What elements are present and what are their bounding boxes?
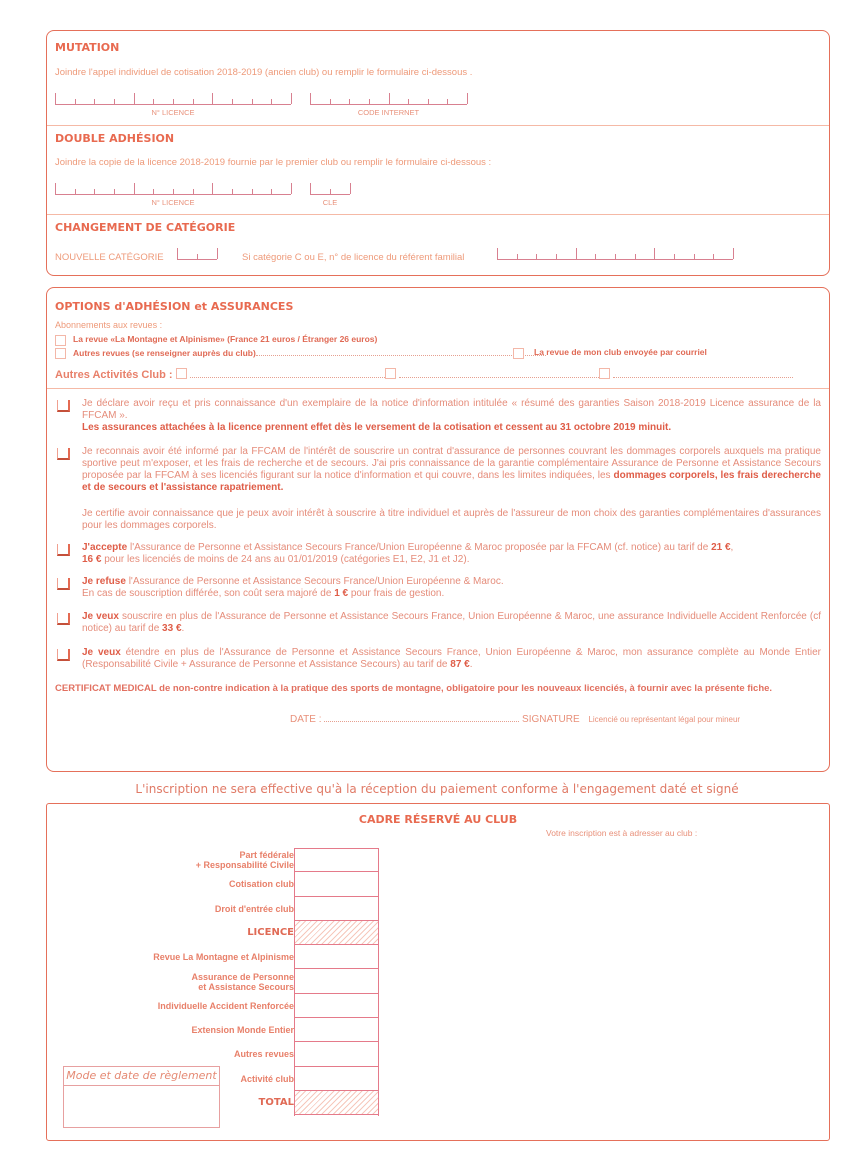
divider (47, 388, 829, 389)
tick-mark (330, 189, 331, 194)
double-adhesion-licence-caption: N° LICENCE (55, 198, 291, 207)
fee-row-label: Revue La Montagne et Alpinisme (153, 952, 294, 962)
fee-amount-cell[interactable] (295, 921, 378, 945)
autres-activites-label: Autres Activités Club : (55, 369, 173, 381)
veux-1-text: Je veux souscrire en plus de l'Assurance… (82, 611, 821, 635)
tick-mark (447, 99, 448, 104)
activite-2-checkbox[interactable] (385, 368, 396, 379)
fee-amount-cell[interactable] (295, 970, 378, 994)
tick-mark (153, 189, 154, 194)
tick-mark (291, 93, 292, 104)
fee-row-label: Assurance de Personne et Assistance Seco… (191, 972, 294, 992)
new-category-field[interactable] (177, 248, 217, 260)
mutation-licence-caption: N° LICENCE (55, 108, 291, 117)
club-title: CADRE RÉSERVÉ AU CLUB (47, 813, 829, 826)
mutation-licence-field[interactable] (55, 93, 291, 105)
veux-1-body: souscrire en plus de l'Assurance de Pers… (82, 611, 821, 634)
referent-label: Si catégorie C ou E, n° de licence du ré… (242, 252, 464, 263)
date-signature-row: DATE : SIGNATURE Licencié ou représentan… (290, 713, 740, 725)
mutation-code-caption: CODE INTERNET (310, 108, 467, 117)
double-adhesion-licence-field[interactable] (55, 183, 291, 195)
refuse-body-2: En cas de souscription différée, son coû… (82, 588, 331, 599)
tick-mark (497, 248, 498, 259)
tick-mark (733, 248, 734, 259)
tick-mark (635, 254, 636, 259)
declaration-1-body: Je déclare avoir reçu et pris connaissan… (82, 398, 821, 421)
tick-mark (428, 99, 429, 104)
accept-price-young: 16 € (82, 554, 101, 565)
options-section: OPTIONS d'ADHÉSION et ASSURANCES Abonnem… (46, 287, 830, 772)
tick-mark (556, 254, 557, 259)
tick-mark (173, 189, 174, 194)
double-adhesion-title: DOUBLE ADHÉSION (55, 132, 174, 145)
declaration-2-text: Je reconnais avoir été informé par la FF… (82, 446, 821, 494)
tick-mark (153, 99, 154, 104)
fee-row-label: Individuelle Accident Renforcée (158, 1001, 294, 1011)
autres-revues-input[interactable] (256, 347, 546, 356)
tick-mark (713, 254, 714, 259)
tick-mark (349, 99, 350, 104)
fee-row-label: Autres revues (234, 1049, 294, 1059)
tick-mark (193, 189, 194, 194)
fee-row-label: Activité club (240, 1074, 294, 1084)
certificat-bold: CERTIFICAT MEDICAL (55, 683, 157, 694)
autres-revues-checkbox[interactable] (55, 348, 66, 359)
fee-row-label: Cotisation club (229, 879, 294, 889)
tick-mark (369, 99, 370, 104)
tick-mark (134, 93, 135, 104)
activite-3-input[interactable] (613, 369, 793, 378)
refuse-bold: Je refuse (82, 576, 126, 587)
tick-mark (389, 93, 390, 104)
activite-2-input[interactable] (399, 369, 599, 378)
new-category-label: NOUVELLE CATÉGORIE (55, 252, 164, 263)
fee-amount-cell[interactable] (295, 1018, 378, 1042)
activite-1-input[interactable] (190, 369, 385, 378)
club-section: CADRE RÉSERVÉ AU CLUB Votre inscription … (46, 803, 830, 1141)
fee-row-label: Extension Monde Entier (191, 1025, 294, 1035)
payment-mode-box[interactable]: Mode et date de règlement (63, 1066, 220, 1128)
tick-mark (350, 183, 351, 194)
tick-mark (212, 183, 213, 194)
veux-1-price: 33 € (162, 623, 181, 634)
certificat-medical-text: CERTIFICAT MEDICAL de non-contre indicat… (55, 683, 821, 695)
subscriptions-label: Abonnements aux revues : (55, 320, 162, 330)
tick-mark (330, 99, 331, 104)
revue-montagne-checkbox[interactable] (55, 335, 66, 346)
accept-checkbox[interactable] (57, 544, 70, 556)
tick-mark (291, 183, 292, 194)
autres-revues-text: Autres revues (se renseigner auprès du c… (73, 348, 256, 358)
referent-licence-field[interactable] (497, 248, 733, 260)
accept-price: 21 € (711, 542, 730, 553)
refuse-body: l'Assurance de Personne et Assistance Se… (129, 576, 504, 587)
tick-mark (75, 99, 76, 104)
autres-activites-row: Autres Activités Club : (55, 368, 825, 381)
tick-mark (232, 189, 233, 194)
club-address-label: Votre inscription est à adresser au club… (546, 828, 697, 838)
tick-mark (94, 99, 95, 104)
refuse-body-3: pour frais de gestion. (351, 588, 444, 599)
veux-2-bold: Je veux (82, 647, 121, 658)
double-adhesion-instruction: Joindre la copie de la licence 2018-2019… (55, 157, 491, 168)
tick-mark (408, 99, 409, 104)
declaration-1-checkbox[interactable] (57, 400, 70, 412)
accept-body: l'Assurance de Personne et Assistance Se… (130, 542, 708, 553)
signature-note: Licencié ou représentant légal pour mine… (588, 715, 740, 724)
declaration-1-bold: Les assurances attachées à la licence pr… (82, 422, 671, 433)
tick-mark (197, 254, 198, 259)
tick-mark (193, 99, 194, 104)
tick-mark (114, 99, 115, 104)
activite-3-checkbox[interactable] (599, 368, 610, 379)
payment-notice: L'inscription ne sera effective qu'à la … (0, 782, 850, 796)
certificat-body: de non-contre indication à la pratique d… (159, 683, 772, 694)
signature-label: SIGNATURE (522, 714, 580, 725)
tick-mark (674, 254, 675, 259)
tick-mark (615, 254, 616, 259)
fee-amount-cell[interactable] (295, 945, 378, 969)
tick-mark (252, 99, 253, 104)
refuse-checkbox[interactable] (57, 578, 70, 590)
fee-amount-cell[interactable] (295, 1067, 378, 1091)
fee-row-label: Part fédérale + Responsabilité Civile (196, 850, 294, 870)
individuelle-accident-checkbox[interactable] (57, 613, 70, 625)
refuse-text: Je refuse l'Assurance de Personne et Ass… (82, 576, 821, 600)
autres-revues-label: Autres revues (se renseigner auprès du c… (73, 347, 546, 358)
activite-1-checkbox[interactable] (176, 368, 187, 379)
changement-categorie-title: CHANGEMENT DE CATÉGORIE (55, 221, 235, 234)
fee-amount-cell[interactable] (295, 872, 378, 896)
tick-mark (134, 183, 135, 194)
veux-2-price: 87 € (450, 659, 469, 670)
double-adhesion-cle-caption: CLE (310, 198, 350, 207)
tick-mark (271, 189, 272, 194)
tick-mark (55, 183, 56, 194)
mutation-title: MUTATION (55, 41, 119, 54)
tick-mark (217, 248, 218, 259)
tick-mark (252, 189, 253, 194)
fee-amount-cell[interactable] (295, 1091, 378, 1115)
tick-mark (310, 93, 311, 104)
certify-text: Je certifie avoir connaissance que je pe… (82, 508, 821, 532)
divider (47, 125, 829, 126)
tick-mark (271, 99, 272, 104)
tick-mark (595, 254, 596, 259)
options-title: OPTIONS d'ADHÉSION et ASSURANCES (55, 300, 293, 313)
fee-row-label: LICENCE (247, 928, 294, 938)
fee-amount-cell[interactable] (295, 897, 378, 921)
tick-mark (55, 93, 56, 104)
declaration-2-checkbox[interactable] (57, 448, 70, 460)
divider (47, 214, 829, 215)
revue-club-label: La revue de mon club envoyée par courrie… (534, 347, 707, 357)
tick-mark (212, 93, 213, 104)
tick-mark (94, 189, 95, 194)
fee-amount-cell[interactable] (295, 1042, 378, 1066)
fee-row-label: TOTAL (259, 1098, 294, 1108)
tick-mark (517, 254, 518, 259)
tick-mark (177, 248, 178, 259)
accept-text: J'accepte l'Assurance de Personne et Ass… (82, 542, 821, 566)
tick-mark (654, 248, 655, 259)
membership-changes-section: MUTATION Joindre l'appel individuel de c… (46, 30, 830, 276)
monde-entier-checkbox[interactable] (57, 649, 70, 661)
accept-bold: J'accepte (82, 542, 127, 553)
date-label: DATE : (290, 714, 321, 725)
fee-row-label: Droit d'entrée club (215, 904, 294, 914)
fee-amount-cell[interactable] (295, 848, 378, 872)
revue-montagne-label: La revue «La Montagne et Alpinisme» (Fra… (73, 334, 377, 344)
tick-mark (694, 254, 695, 259)
tick-mark (467, 93, 468, 104)
veux-1-bold: Je veux (82, 611, 119, 622)
veux-2-text: Je veux étendre en plus de l'Assurance d… (82, 647, 821, 671)
mutation-instruction: Joindre l'appel individuel de cotisation… (55, 67, 472, 78)
tick-mark (75, 189, 76, 194)
accept-body-2: pour les licenciés de moins de 24 ans au… (104, 554, 469, 565)
tick-mark (310, 183, 311, 194)
date-input[interactable] (324, 713, 519, 722)
declaration-1-text: Je déclare avoir reçu et pris connaissan… (82, 398, 821, 434)
payment-mode-label: Mode et date de règlement (64, 1067, 219, 1086)
refuse-price: 1 € (334, 588, 348, 599)
fee-amount-cell[interactable] (295, 994, 378, 1018)
double-adhesion-cle-field[interactable] (310, 183, 350, 195)
revue-club-checkbox[interactable] (513, 348, 524, 359)
tick-mark (576, 248, 577, 259)
tick-mark (232, 99, 233, 104)
tick-mark (173, 99, 174, 104)
tick-mark (114, 189, 115, 194)
tick-mark (536, 254, 537, 259)
mutation-code-internet-field[interactable] (310, 93, 467, 105)
